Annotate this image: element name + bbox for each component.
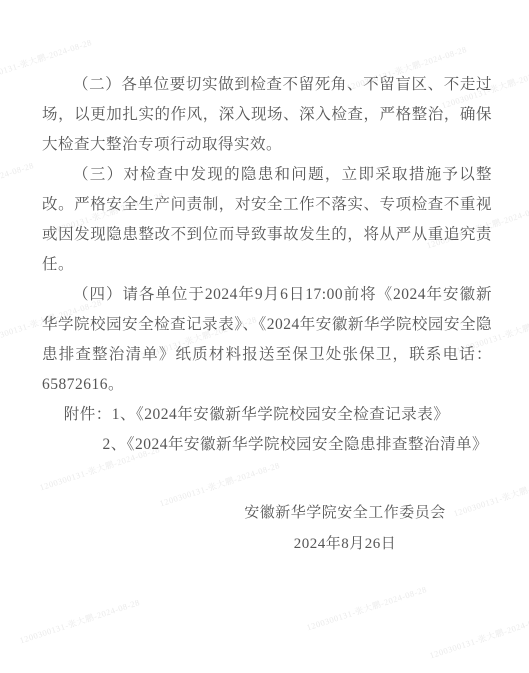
signature-block: 安徽新华学院安全工作委员会 2024年8月26日 xyxy=(200,498,490,560)
watermark-text: 1200300131-张大鹏-2024-08-28 xyxy=(305,583,428,633)
watermark-text: 1200300131-张大鹏-2024-08-28 xyxy=(0,159,35,209)
signature-date: 2024年8月26日 xyxy=(200,529,490,560)
document-page: 1200300131-张大鹏-2024-08-281200300131-张大鹏-… xyxy=(0,0,529,673)
watermark-text: 1200300131-张大鹏-2024-08-28 xyxy=(428,611,529,661)
paragraph-3: （三）对检查中发现的隐患和问题，立即采取措施予以整改。严格安全生产问责制，对安全… xyxy=(42,160,492,280)
signature-org: 安徽新华学院安全工作委员会 xyxy=(200,498,490,529)
attachment-line-1: 附件：1、《2024年安徽新华学院校园安全检查记录表》 xyxy=(42,400,492,430)
paragraph-2: （二）各单位要切实做到检查不留死角、不留盲区、不走过场，以更加扎实的作风，深入现… xyxy=(42,70,492,160)
attachment-line-2: 2、《2024年安徽新华学院校园安全隐患排查整治清单》 xyxy=(42,430,492,460)
body-text: （二）各单位要切实做到检查不留死角、不留盲区、不走过场，以更加扎实的作风，深入现… xyxy=(42,70,492,560)
paragraph-4: （四）请各单位于2024年9月6日17:00前将《2024年安徽新华学院校园安全… xyxy=(42,280,492,400)
watermark-text: 1200300131-张大鹏-2024-08-28 xyxy=(18,596,141,646)
